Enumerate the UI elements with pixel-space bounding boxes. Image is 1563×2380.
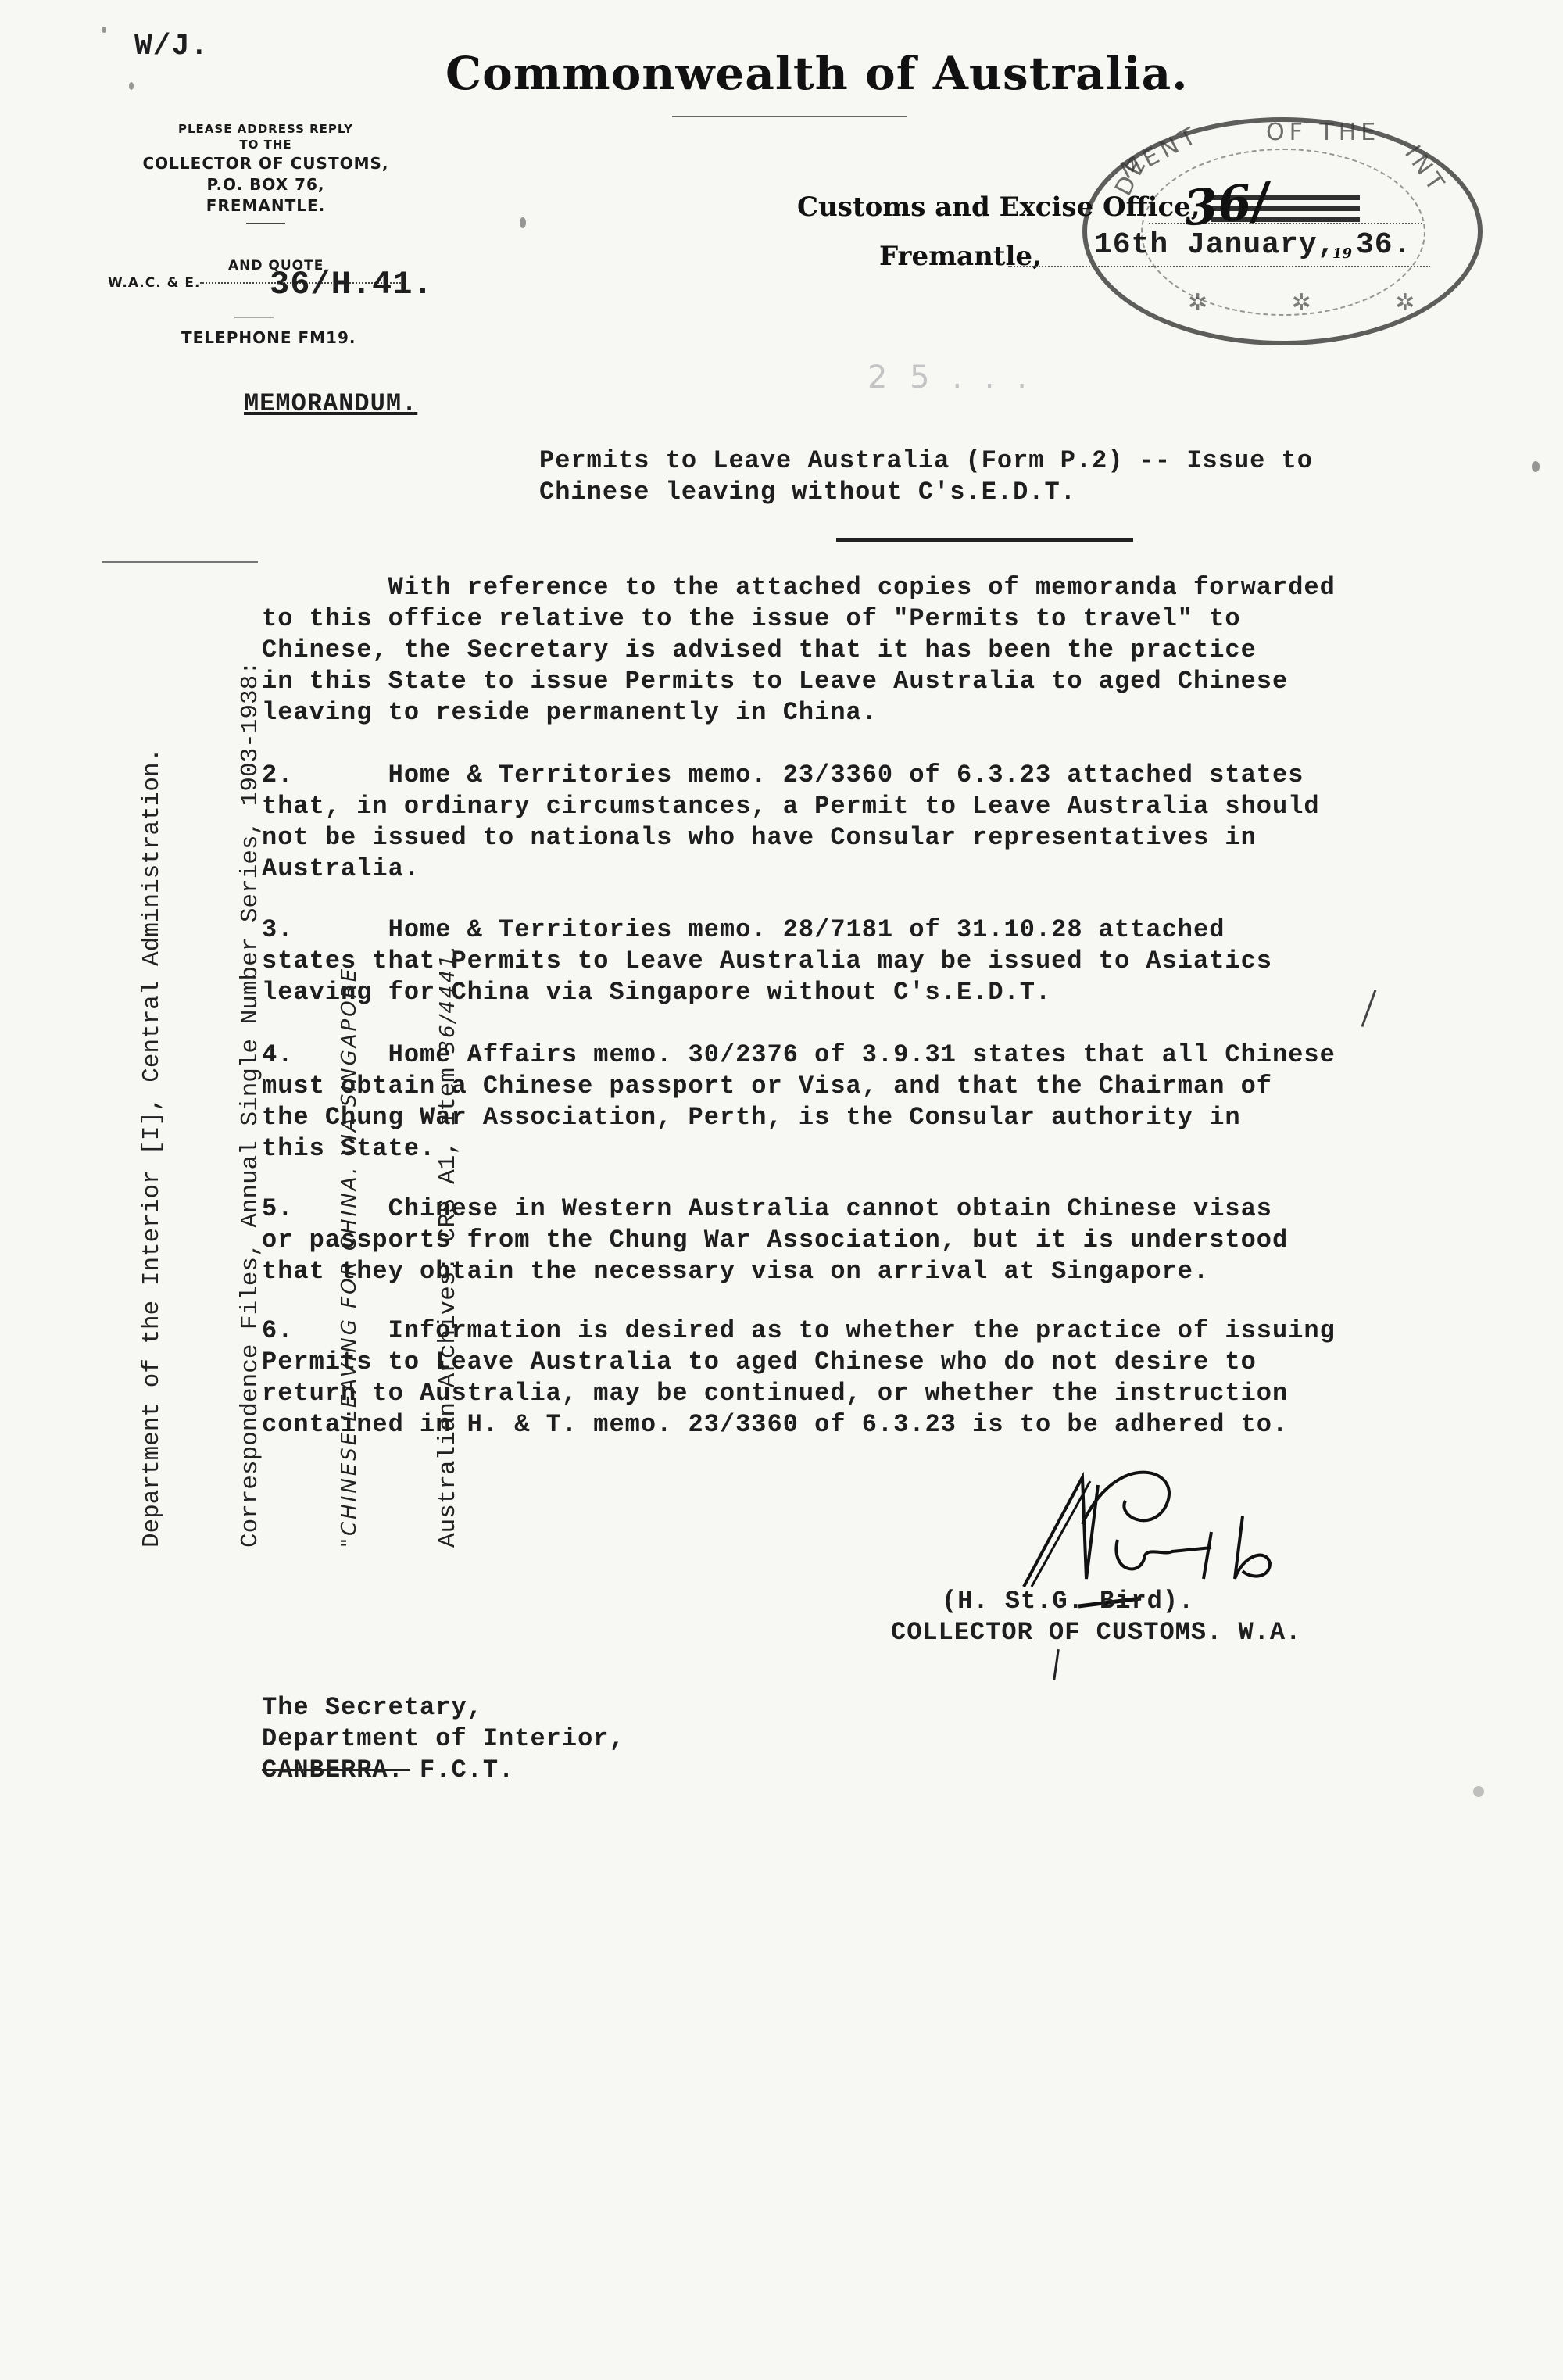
archive-note: Department of the Interior [I], Central … bbox=[70, 531, 531, 1548]
reply-line2: to the bbox=[117, 137, 414, 152]
dotted-line bbox=[1008, 266, 1430, 267]
year: 36. bbox=[1356, 228, 1411, 262]
reply-address-block: Please Address Reply to the Collector of… bbox=[117, 121, 414, 231]
place-label: Fremantle, bbox=[879, 241, 1042, 272]
year-prefix: 19 bbox=[1332, 245, 1352, 262]
divider bbox=[234, 317, 274, 318]
ink-speck bbox=[520, 217, 526, 228]
ink-speck bbox=[102, 27, 106, 33]
divider bbox=[246, 223, 285, 224]
date: 16th January, bbox=[1094, 228, 1336, 262]
letterhead-title: Commonwealth of Australia. bbox=[445, 47, 1188, 100]
reply-line1: Please Address Reply bbox=[117, 121, 414, 137]
signee-name: (H. St.G. Bird). bbox=[942, 1587, 1194, 1616]
reply-line3: Collector of Customs, bbox=[117, 153, 414, 174]
subject-line-1: Permits to Leave Australia (Form P.2) --… bbox=[539, 446, 1313, 477]
telephone: Telephone FM19. bbox=[181, 328, 356, 347]
office-label: Customs and Excise Office, bbox=[797, 191, 1200, 223]
ink-speck bbox=[1532, 461, 1540, 472]
archive-note-line2: Correspondence Files, Annual Single Numb… bbox=[234, 531, 267, 1548]
memo-heading: MEMORANDUM. bbox=[244, 389, 417, 418]
title-rule bbox=[672, 116, 907, 117]
reference-number: 36/H.41. bbox=[270, 266, 434, 303]
archive-ref-number: 36/4441. bbox=[436, 943, 460, 1053]
reply-line4: P.O. Box 76, bbox=[117, 174, 414, 195]
archive-note-handwritten: "CHINESE LEAVING FOR CHINA. VIA SINGAPOR… bbox=[333, 531, 366, 1548]
reference-prefix: W.A.C. & E. bbox=[108, 275, 200, 291]
handwritten-number: 36/ bbox=[1181, 172, 1272, 238]
signee-title: COLLECTOR OF CUSTOMS. W.A. bbox=[891, 1618, 1301, 1647]
office-line: Customs and Excise Office, bbox=[797, 191, 1200, 223]
ink-speck bbox=[129, 82, 134, 90]
archive-ref-label: Australian Archives: CRS A1, item bbox=[435, 1053, 462, 1548]
ink-speck bbox=[1473, 1786, 1484, 1797]
stamp-text: OF THE bbox=[1266, 119, 1380, 146]
subject-rule bbox=[836, 538, 1133, 542]
subject-line-2: Chinese leaving without C's.E.D.T. bbox=[539, 477, 1076, 508]
faint-stamp-mark: 2 5 . . . bbox=[867, 360, 1033, 395]
archive-note-line1: Department of the Interior [I], Central … bbox=[136, 531, 169, 1548]
document-page: W/J. Please Address Reply to the Collect… bbox=[0, 0, 1563, 2380]
reply-line5: Fremantle. bbox=[117, 195, 414, 217]
file-code: W/J. bbox=[134, 30, 209, 63]
pencil-mark bbox=[1053, 1649, 1060, 1680]
addressee-block: The Secretary, Department of Interior, C… bbox=[262, 1692, 625, 1786]
archive-note-line4: Australian Archives: CRS A1, item 36/444… bbox=[431, 531, 465, 1548]
canberra-underline bbox=[262, 1769, 410, 1771]
stamp-stars: ✲ ✲ ✲ bbox=[1188, 289, 1454, 317]
